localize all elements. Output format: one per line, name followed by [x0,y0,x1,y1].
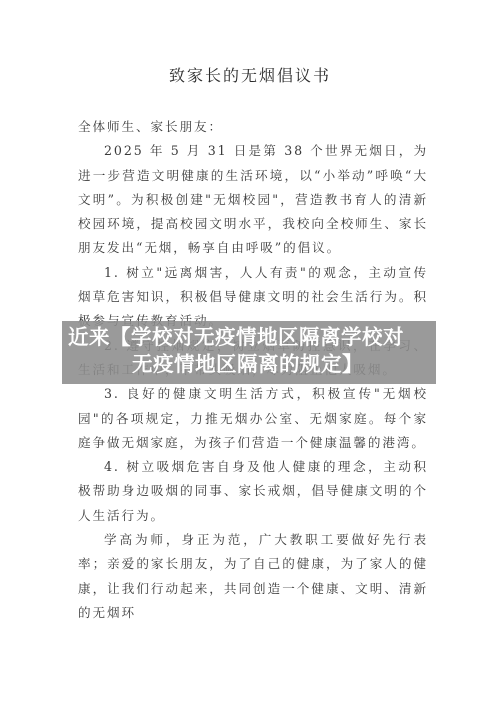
salutation: 全体师生、家长朋友： [78,115,428,139]
banner-headline-line-1: 近来【学校对无疫情地区隔离学校对 [68,324,404,350]
headline-overlay-banner: 近来【学校对无疫情地区隔离学校对 无疫情地区隔离的规定】 [62,321,436,384]
banner-headline-line-2: 无疫情地区隔离的规定】 [132,351,363,377]
paragraph-item-4: 4. 树立吸烟危害自身及他人健康的理念，主动积极帮助身边吸烟的同事、家长戒烟，倡… [78,455,428,528]
paragraph-intro: 2025 年 5 月 31 日是第 38 个世界无烟日，为进一步营造文明健康的生… [78,139,428,260]
document-title: 致家长的无烟倡议书 [0,63,500,86]
paragraph-closing: 学高为师，身正为范，广大教职工要做好先行表率；亲爱的家长朋友，为了自己的健康，为… [78,528,428,625]
paragraph-item-3: 3. 良好的健康文明生活方式，积极宣传"无烟校园"的各项规定，力推无烟办公室、无… [78,382,428,455]
document-page: 致家长的无烟倡议书 全体师生、家长朋友： 2025 年 5 月 31 日是第 3… [0,0,500,706]
